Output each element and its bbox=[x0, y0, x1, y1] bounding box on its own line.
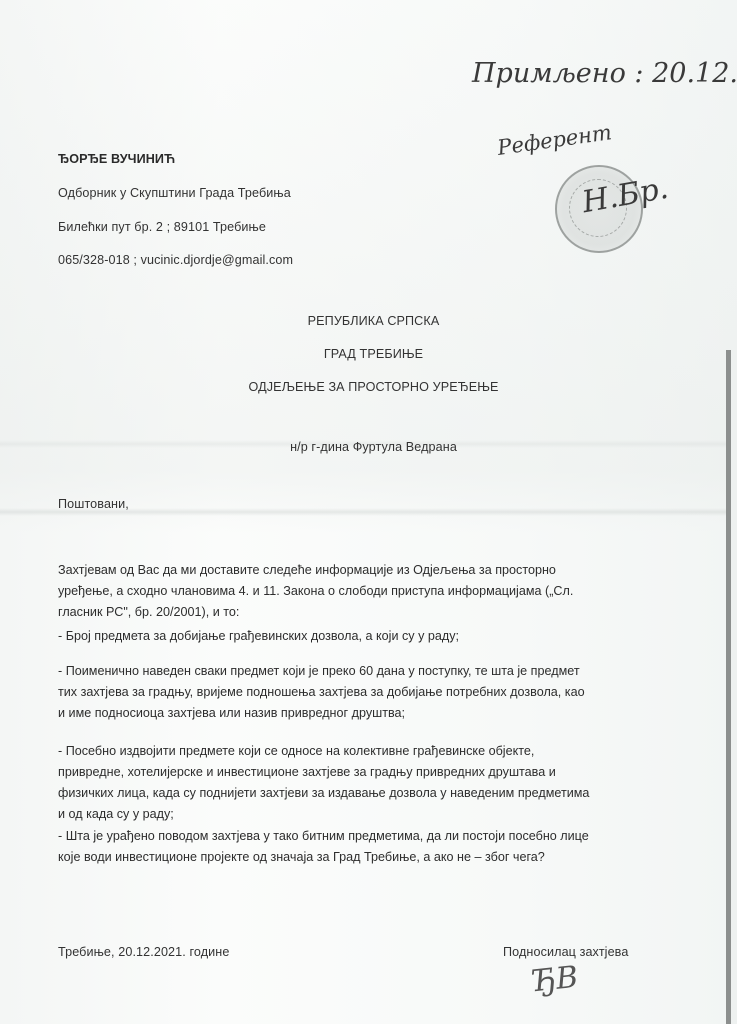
request-item-1: - Број предмета за добијање грађевинских… bbox=[58, 626, 459, 647]
recipient-department: ОДЈЕЉЕЊЕ ЗА ПРОСТОРНО УРЕЂЕЊЕ bbox=[0, 380, 737, 394]
request-item-2: - Поименично наведен сваки предмет који … bbox=[58, 661, 585, 724]
applicant-label: Подносилац захтјева bbox=[503, 945, 628, 959]
sender-address: Билећки пут бр. 2 ; 89101 Требиње bbox=[58, 220, 266, 234]
intro-line: уређење, а сходно члановима 4. и 11. Зак… bbox=[58, 581, 573, 602]
applicant-signature: ЂВ bbox=[530, 960, 579, 1000]
request-line: привредне, хотелијерске и инвестиционе з… bbox=[58, 762, 589, 783]
request-item-3: - Посебно издвојити предмете који се одн… bbox=[58, 741, 589, 825]
request-line: физичких лица, када су поднијети захтјев… bbox=[58, 783, 589, 804]
recipient-city: ГРАД ТРЕБИЊЕ bbox=[0, 347, 737, 361]
request-line: тих захтјева за градњу, вријеме подношењ… bbox=[58, 682, 585, 703]
request-line: - Поименично наведен сваки предмет који … bbox=[58, 661, 585, 682]
request-line: - Посебно издвојити предмете који се одн… bbox=[58, 741, 589, 762]
place-and-date: Требиње, 20.12.2021. године bbox=[58, 945, 229, 959]
intro-line: гласник РС", бр. 20/2001), и то: bbox=[58, 602, 573, 623]
request-item-4: - Шта је урађено поводом захтјева у тако… bbox=[58, 826, 589, 868]
recipient-republic: РЕПУБЛИКА СРПСКА bbox=[0, 314, 737, 328]
request-line: и од када су у раду; bbox=[58, 804, 589, 825]
sender-contact: 065/328-018 ; vucinic.djordje@gmail.com bbox=[58, 253, 293, 267]
sender-name: ЂОРЂЕ ВУЧИНИЋ bbox=[58, 152, 175, 166]
intro-line: Захтјевам од Вас да ми доставите следеће… bbox=[58, 560, 573, 581]
request-line: и име подносиоца захтјева или назив прив… bbox=[58, 703, 585, 724]
request-line: које води инвестиционе пројекте од знача… bbox=[58, 847, 589, 868]
received-date-handwriting: Примљено : 20.12.20 bbox=[472, 58, 737, 89]
request-line: - Шта је урађено поводом захтјева у тако… bbox=[58, 826, 589, 847]
request-line: - Број предмета за добијање грађевинских… bbox=[58, 626, 459, 647]
sender-title: Одборник у Скупштини Града Требиња bbox=[58, 186, 291, 200]
intro-paragraph: Захтјевам од Вас да ми доставите следеће… bbox=[58, 560, 573, 623]
salutation: Поштовани, bbox=[58, 497, 129, 511]
recipient-attention: н/р г-дина Фуртула Ведрана bbox=[0, 440, 737, 454]
